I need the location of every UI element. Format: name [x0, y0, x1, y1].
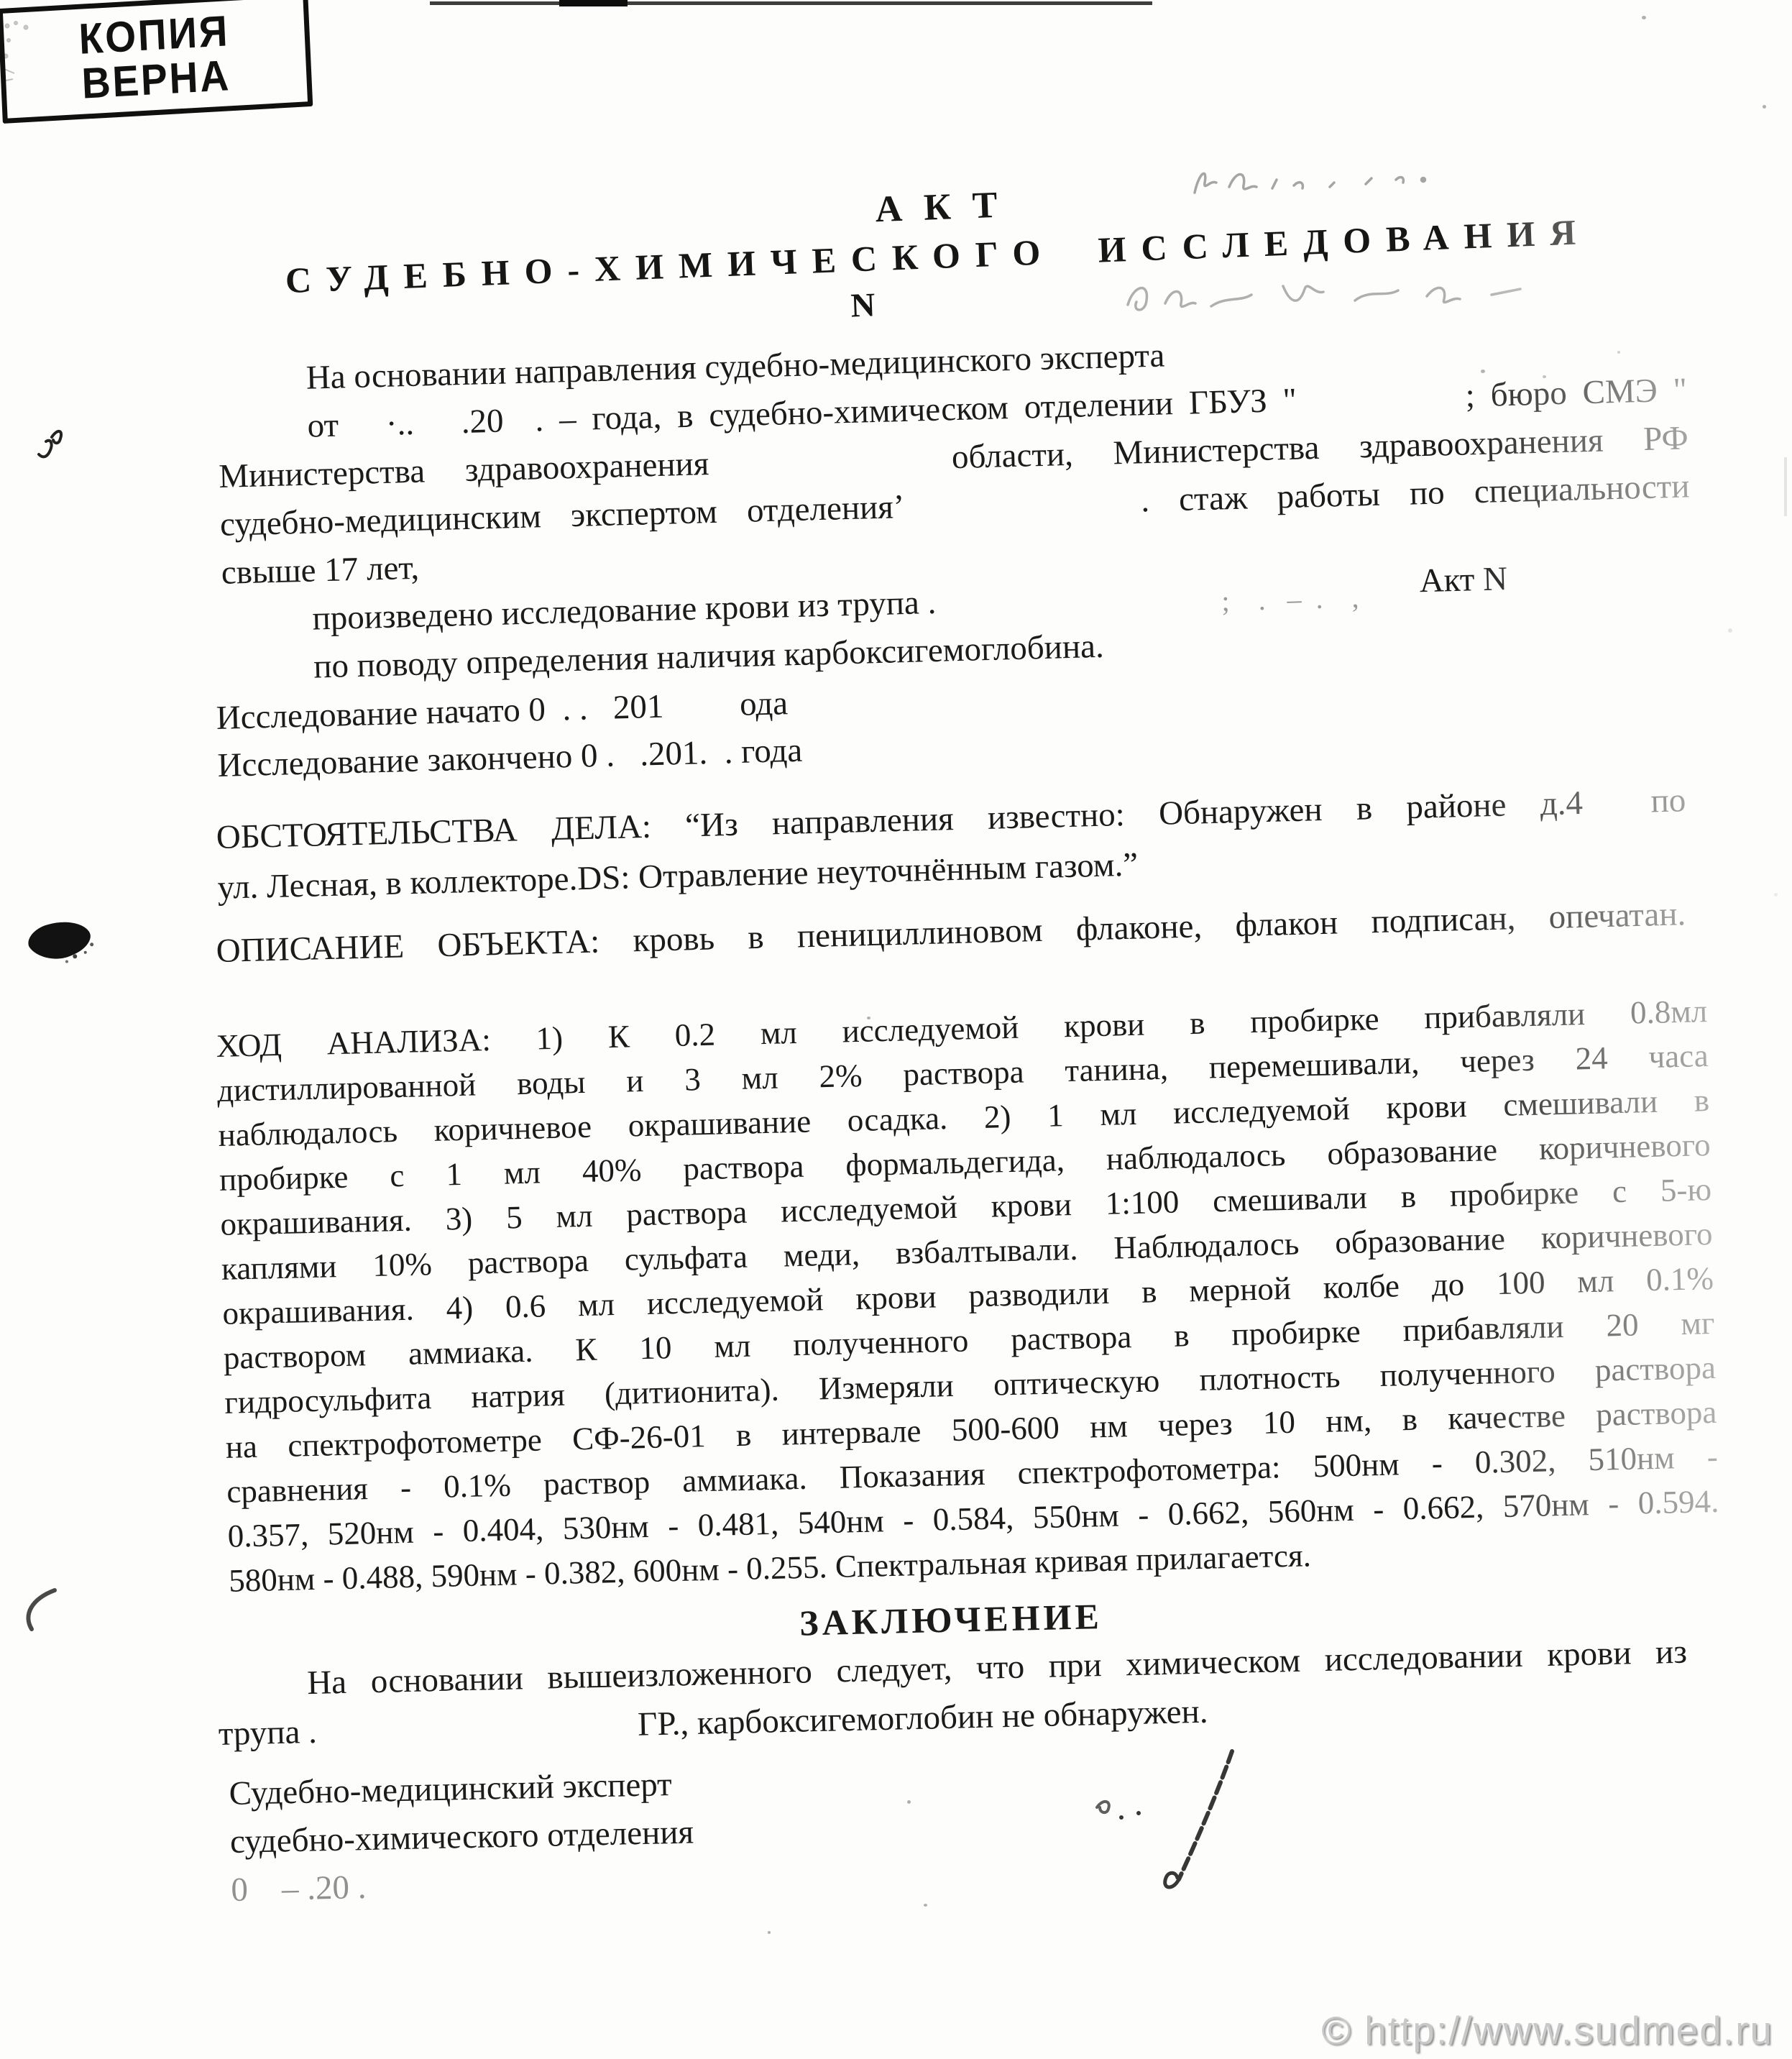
analysis-procedure: ХОД АНАЛИЗА: 1) К 0.2 мл исследуемой кро… [216, 989, 1720, 1603]
stamp-line: ВЕРНА [80, 53, 232, 106]
handwritten-signature [1078, 1738, 1272, 1904]
dust-speck [1543, 375, 1546, 378]
pen-check-mark [33, 423, 70, 467]
handwriting-mark [1186, 151, 1474, 205]
scanned-document-page: { "stamp": { "lines": ["КОПИЯ", "ВЕРНА"]… [0, 0, 1792, 2059]
dust-speck [1774, 893, 1778, 896]
ink-blob [20, 910, 104, 972]
dust-speck [907, 1800, 911, 1804]
intro-paragraph: На основании направления судебно-медицин… [216, 318, 1694, 693]
dust-speck [924, 1904, 927, 1907]
department-line: судебно-химического отделения [229, 1808, 694, 1866]
dust-speck [1763, 105, 1766, 109]
act-number-label: Акт N [1419, 555, 1508, 605]
dust-speck [867, 1017, 870, 1019]
dust-speck [1617, 351, 1620, 354]
dust-speck [1642, 16, 1646, 19]
case-circumstances: ОБСТОЯТЕЛЬСТВА ДЕЛА: “Из направления изв… [216, 775, 1688, 913]
handwriting-mark [1118, 260, 1578, 321]
pen-crescent-mark [14, 1583, 65, 1635]
dust-speck [768, 1931, 771, 1934]
scan-edge-artifact [1784, 457, 1787, 516]
dust-speck [1728, 628, 1732, 633]
copy-certified-stamp: КОПИЯ ВЕРНА [0, 0, 313, 124]
scan-edge-line [430, 1, 1152, 5]
faint-pen-marks: ; . – . , [1221, 573, 1360, 625]
website-watermark: © http://www.sudmed.ru [1321, 2007, 1773, 2053]
signature-block: Судебно-медицинский эксперт судебно-хими… [229, 1760, 695, 1914]
dust-speck [1481, 370, 1485, 373]
date-line: 0 – .20 . [231, 1856, 695, 1914]
conclusion-section: ЗАКЛЮЧЕНИЕ На основании вышеизложенного … [216, 1579, 1688, 1758]
scan-edge-line-dark-segment [559, 0, 628, 6]
